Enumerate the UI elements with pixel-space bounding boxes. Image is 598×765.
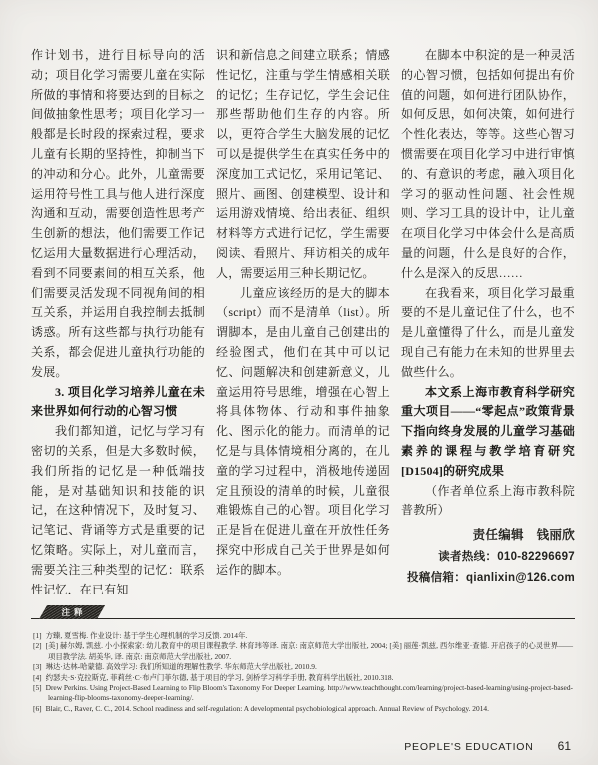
footnote-marker: [2] — [33, 641, 42, 650]
footnote-text: Blair, C., Raver, C. C., 2014. School re… — [46, 704, 489, 713]
footnote-marker: [3] — [33, 662, 42, 671]
footnote-item: [5]Drew Perkins. Using Project-Based Lea… — [33, 683, 573, 704]
footnote-item: [1]方臻, 夏雪梅. 作业设计: 基于学生心理机制的学习反馈. 2014年. — [33, 631, 573, 641]
author-affiliation: （作者单位系上海市教科院普教所） — [401, 482, 575, 522]
footnote-text: 约瑟夫·S·克拉斯克, 菲莉丝·C·布卢门菲尔德, 基于项目的学习, 剑桥学习科… — [46, 673, 394, 682]
footnote-item: [2][美] 赫尔姆, 凯兹. 小小探索家: 幼儿教育中的项目课程教学. 林育玮… — [33, 641, 573, 662]
footnotes-section: [1]方臻, 夏雪梅. 作业设计: 基于学生心理机制的学习反馈. 2014年. … — [31, 631, 573, 714]
text-column-left: 作计划书，进行目标导向的活动；项目化学习需要儿童在实际所做的事情和将要达到的目标… — [31, 46, 205, 594]
notes-tab-label: 注释 — [43, 605, 101, 619]
footnote-marker: [1] — [33, 631, 42, 640]
section-heading: 3. 项目化学习培养儿童在未来世界如何行动的心智习惯 — [31, 383, 205, 423]
submission-email-line: 投稿信箱：qianlixin@126.com — [401, 568, 575, 589]
footnote-text: Drew Perkins. Using Project-Based Learni… — [46, 683, 573, 702]
scanned-journal-page: 作计划书，进行目标导向的活动；项目化学习需要儿童在实际所做的事情和将要达到的目标… — [0, 0, 598, 765]
paragraph: 在我看来，项目化学习最重要的不是儿童记住了什么，也不是儿童懂得了什么，而是儿童发… — [401, 284, 575, 383]
notes-tab: 注释 — [39, 605, 105, 619]
footnote-marker: [4] — [33, 673, 42, 682]
journal-name: PEOPLE'S EDUCATION — [404, 741, 533, 753]
paragraph: 儿童应该经历的是大的脚本（script）而不是清单（list）。所谓脚本，是由儿… — [216, 284, 390, 581]
footnote-text: 琳达·达林-哈蒙德. 高效学习: 我们所知道的理解性教学. 华东师范大学出版社,… — [46, 662, 317, 671]
footnote-item: [6]Blair, C., Raver, C. C., 2014. School… — [33, 704, 573, 714]
paragraph-continuation: 识和新信息之间建立联系；情感性记忆，注重与学生情感相关联的记忆；生存记忆，学生会… — [216, 46, 390, 284]
footnote-text: 方臻, 夏雪梅. 作业设计: 基于学生心理机制的学习反馈. 2014年. — [46, 631, 248, 640]
article-body: 作计划书，进行目标导向的活动；项目化学习需要儿童在实际所做的事情和将要达到的目标… — [31, 46, 575, 594]
notes-divider-rule: 注释 — [31, 604, 575, 619]
footnote-item: [3]琳达·达林-哈蒙德. 高效学习: 我们所知道的理解性教学. 华东师范大学出… — [33, 662, 573, 672]
footnote-marker: [5] — [33, 683, 42, 692]
page-footer: PEOPLE'S EDUCATION 61 — [404, 739, 571, 753]
text-column-right: 在脚本中积淀的是一种灵活的心智习惯，包括如何提出有价值的问题，如何进行团队协作，… — [401, 46, 575, 594]
funding-note: 本文系上海市教育科学研究重大项目——“零起点”政策背景下指向终身发展的儿童学习基… — [401, 383, 575, 482]
footnote-item: [4]约瑟夫·S·克拉斯克, 菲莉丝·C·布卢门菲尔德, 基于项目的学习, 剑桥… — [33, 673, 573, 683]
responsible-editor-line: 责任编辑 钱丽欣 — [401, 523, 575, 547]
paragraph: 我们都知道，记忆与学习有密切的关系，但是大多数时候，我们所指的记忆是一种低端技能… — [31, 422, 205, 594]
paragraph-continuation: 作计划书，进行目标导向的活动；项目化学习需要儿童在实际所做的事情和将要达到的目标… — [31, 46, 205, 383]
footnote-text: [美] 赫尔姆, 凯兹. 小小探索家: 幼儿教育中的项目课程教学. 林育玮等译.… — [46, 641, 573, 660]
text-column-middle: 识和新信息之间建立联系；情感性记忆，注重与学生情感相关联的记忆；生存记忆，学生会… — [216, 46, 390, 594]
footnote-marker: [6] — [33, 704, 42, 713]
reader-hotline-line: 读者热线：010-82296697 — [401, 547, 575, 568]
page-number: 61 — [558, 739, 571, 753]
paragraph: 在脚本中积淀的是一种灵活的心智习惯，包括如何提出有价值的问题，如何进行团队协作，… — [401, 46, 575, 284]
